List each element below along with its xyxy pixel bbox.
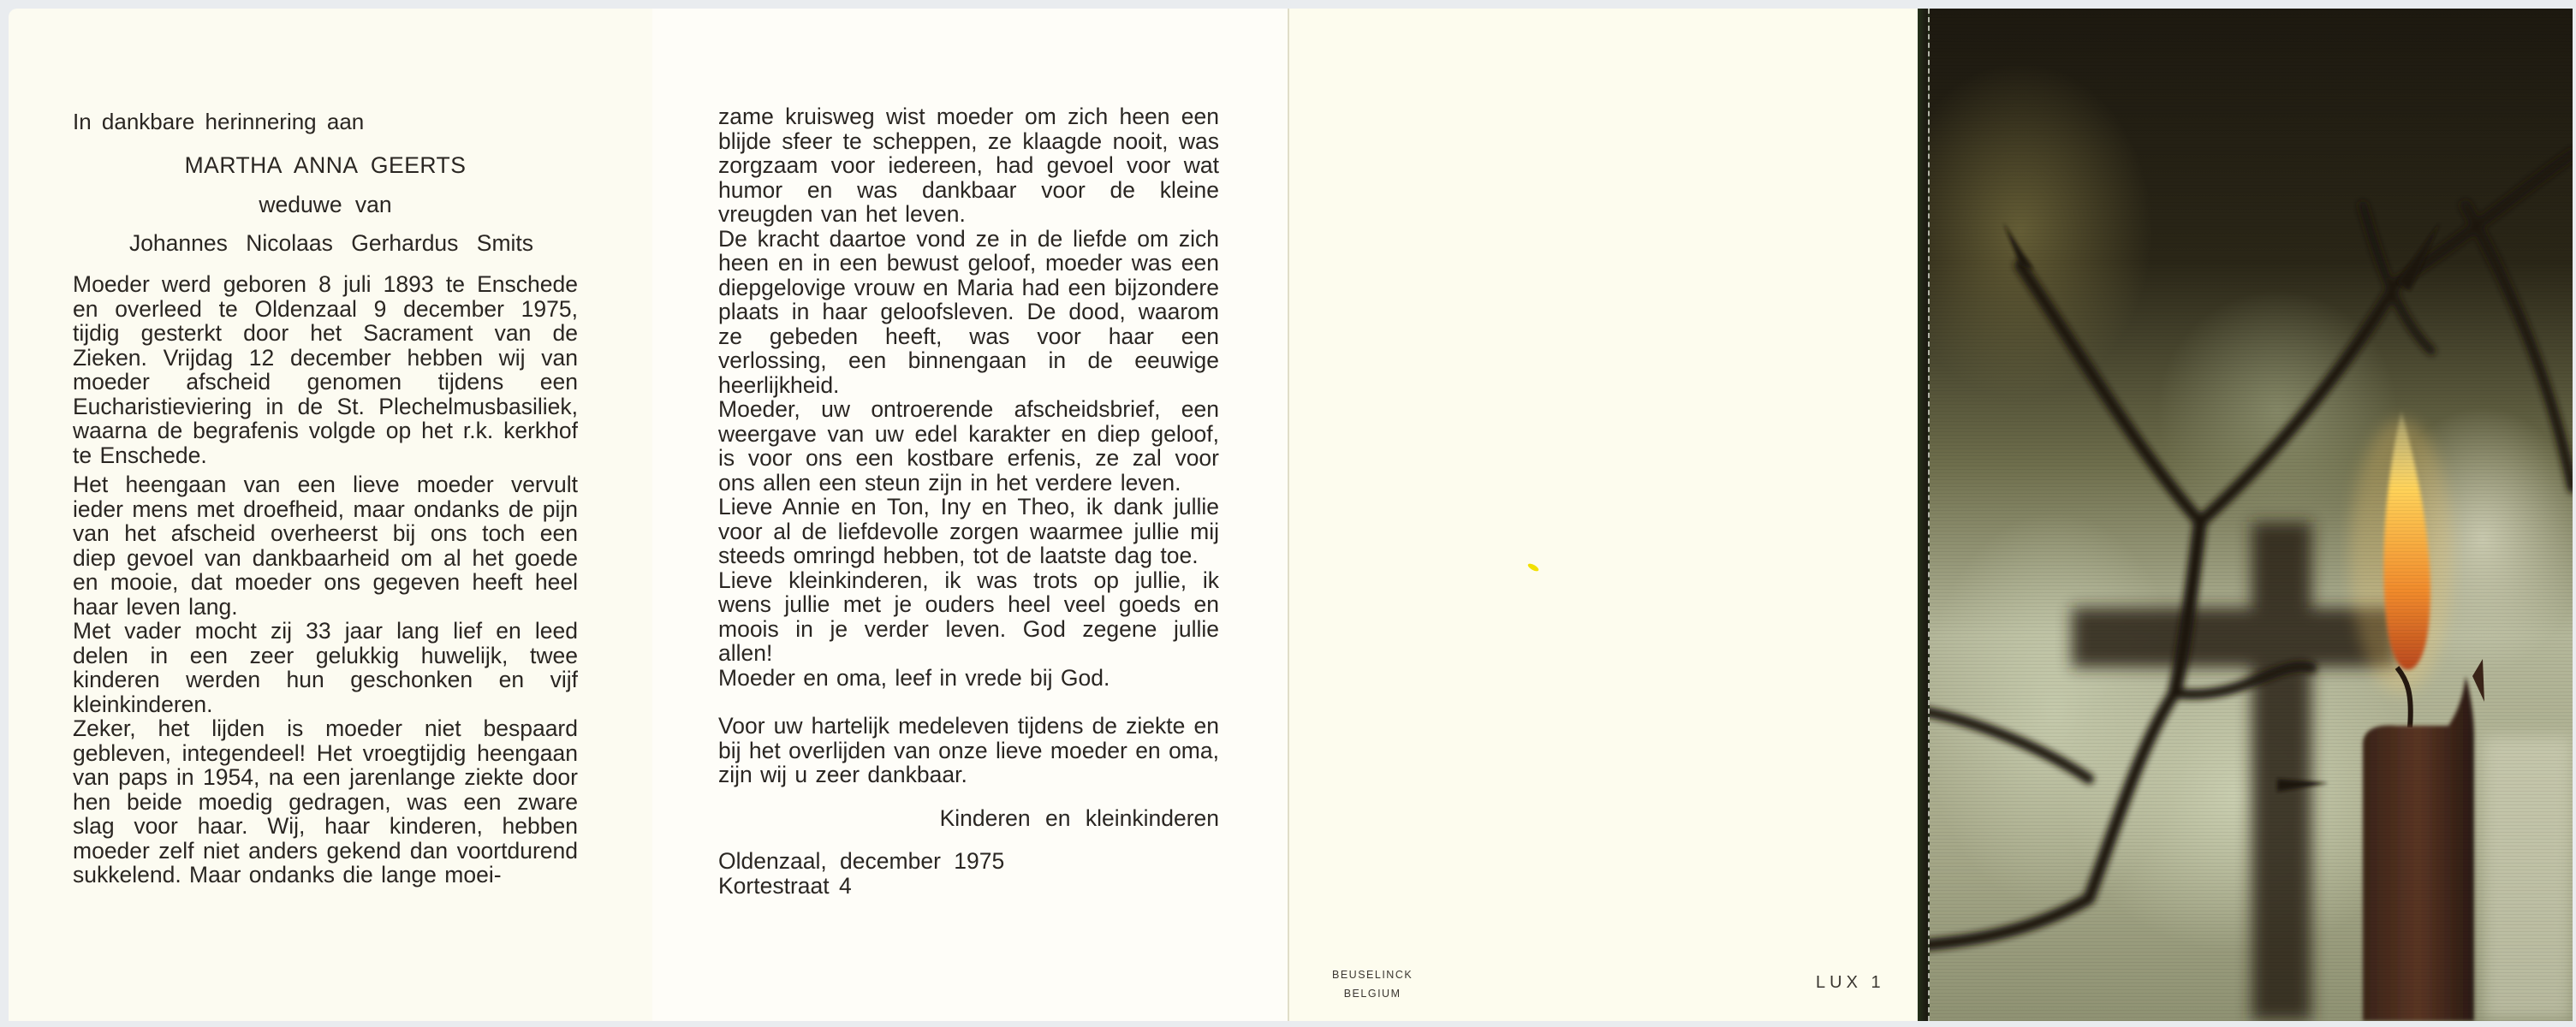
signature: Kinderen en kleinkinderen <box>718 806 1219 831</box>
panel-photo <box>1918 9 2573 1021</box>
address: Kortestraat 4 <box>718 874 1219 899</box>
printer-imprint: BEUSELINCK BELGIUM <box>1332 965 1413 1003</box>
widow-of-line: weduwe van <box>73 193 578 217</box>
paragraph-gratitude: Het heengaan van een lieve moeder vervul… <box>73 472 578 619</box>
photo-torn-edge <box>1918 9 1930 1021</box>
paragraph-peace: Moeder en oma, leef in vrede bij God. <box>718 666 1219 691</box>
panel-blank: BEUSELINCK BELGIUM LUX 1 <box>1288 9 1918 1021</box>
deceased-name: MARTHA ANNA GEERTS <box>73 153 578 178</box>
printer-country: BELGIUM <box>1332 984 1413 1003</box>
thanks-paragraph: Voor uw hartelijk medeleven tijdens de z… <box>718 714 1219 787</box>
paragraph-faith: De kracht daartoe vond ze in de liefde o… <box>718 227 1219 398</box>
left-text-column: In dankbare herinnering aan MARTHA ANNA … <box>73 110 578 887</box>
ink-speck <box>1526 562 1539 573</box>
series-number: LUX 1 <box>1816 973 1885 993</box>
paragraph-marriage: Met vader mocht zij 33 jaar lang lief en… <box>73 619 578 716</box>
paragraph-birth-death: Moeder werd geboren 8 juli 1893 te Ensch… <box>73 272 578 467</box>
paragraph-farewell-letter: Moeder, uw ontroerende afscheidsbrief, e… <box>718 397 1219 495</box>
photo-linen-texture <box>1918 9 2573 1021</box>
husband-name: Johannes Nicolaas Gerhardus Smits <box>73 231 578 256</box>
paragraph-suffering: Zeker, het lijden is moeder niet bespaar… <box>73 716 578 887</box>
paragraph-children: Lieve Annie en Ton, Iny en Theo, ik dank… <box>718 495 1219 568</box>
paragraph-cheerful: zame kruisweg wist moeder om zich heen e… <box>718 104 1219 227</box>
printer-name: BEUSELINCK <box>1332 965 1413 984</box>
panel-middle: zame kruisweg wist moeder om zich heen e… <box>652 9 1288 1021</box>
place-date: Oldenzaal, december 1975 <box>718 849 1219 874</box>
intro-line: In dankbare herinnering aan <box>73 110 578 134</box>
paragraph-grandchildren: Lieve kleinkinderen, ik was trots op jul… <box>718 568 1219 666</box>
panel-left: In dankbare herinnering aan MARTHA ANNA … <box>9 9 652 1021</box>
memorial-card: In dankbare herinnering aan MARTHA ANNA … <box>9 9 2573 1021</box>
middle-text-column: zame kruisweg wist moeder om zich heen e… <box>718 104 1219 898</box>
